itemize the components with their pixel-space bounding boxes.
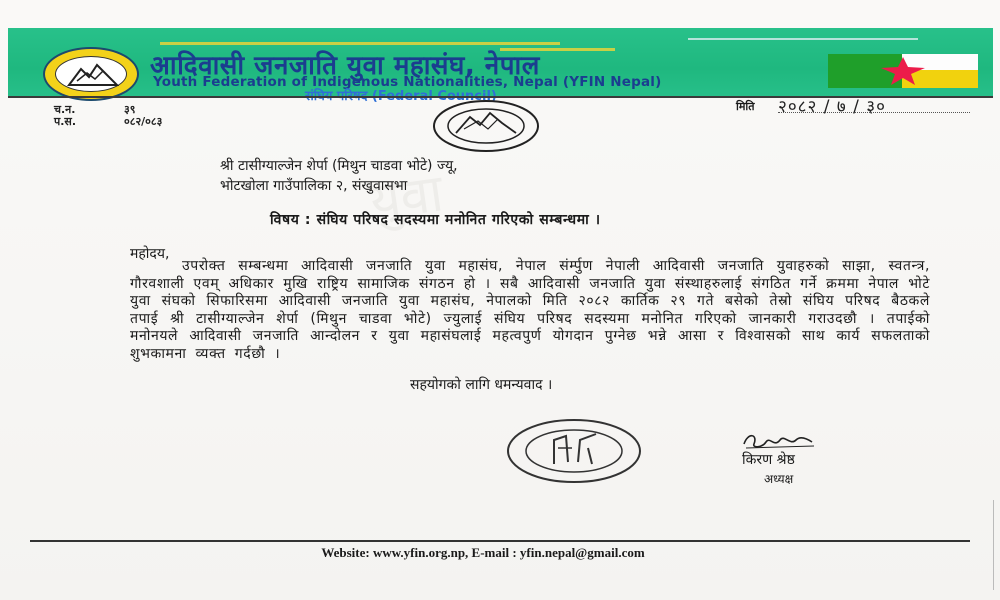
page-edge bbox=[993, 500, 994, 590]
letter-number-value: ०८२/०८३ bbox=[124, 116, 162, 128]
recipient-address: श्री टासीग्याल्जेन शेर्पा (मिथुन चाडवा भ… bbox=[220, 156, 458, 196]
body-paragraph: उपरोक्त सम्बन्धमा आदिवासी जनजाति युवा मह… bbox=[130, 258, 930, 364]
letter-number-label: प.स. bbox=[54, 116, 124, 128]
recipient-location: भोटखोला गाउँपालिका २, संखुवासभा bbox=[220, 176, 458, 196]
letter-page: युवा आदिवासी जनजाति युवा महासंघ, नेपाल Y… bbox=[0, 0, 1000, 600]
footer-contact: Website: www.yfin.org.np, E-mail : yfin.… bbox=[0, 545, 1000, 561]
date-value: २०८२ / ७ / ३० bbox=[778, 94, 886, 117]
date-underline bbox=[778, 112, 970, 113]
footer-divider bbox=[30, 540, 970, 542]
closing-line: सहयोगको लागि धमन्यवाद । bbox=[410, 375, 552, 394]
signatory-title: अध्यक्ष bbox=[764, 470, 793, 487]
signatory-name: किरण श्रेष्ठ bbox=[742, 450, 795, 469]
official-stamp-icon bbox=[506, 418, 642, 484]
flag-star-icon bbox=[828, 54, 978, 88]
reference-block: च.न. ३९ प.स. ०८२/०८३ bbox=[54, 104, 162, 128]
date-label: मिति bbox=[736, 99, 755, 114]
letter-subject: विषय : संघिय परिषद सदस्यमा मनोनित गरिएको… bbox=[270, 210, 601, 229]
recipient-name: श्री टासीग्याल्जेन शेर्पा (मिथुन चाडवा भ… bbox=[220, 156, 458, 176]
mountain-emblem-icon bbox=[43, 47, 139, 101]
letter-body: उपरोक्त सम्बन्धमा आदिवासी जनजाति युवा मह… bbox=[130, 258, 930, 364]
tagline-text bbox=[160, 42, 560, 45]
footer-text: Website: www.yfin.org.np, E-mail : yfin.… bbox=[321, 545, 644, 560]
registration-text bbox=[688, 38, 918, 40]
round-seal-icon bbox=[432, 99, 540, 153]
signature-icon bbox=[740, 430, 820, 452]
